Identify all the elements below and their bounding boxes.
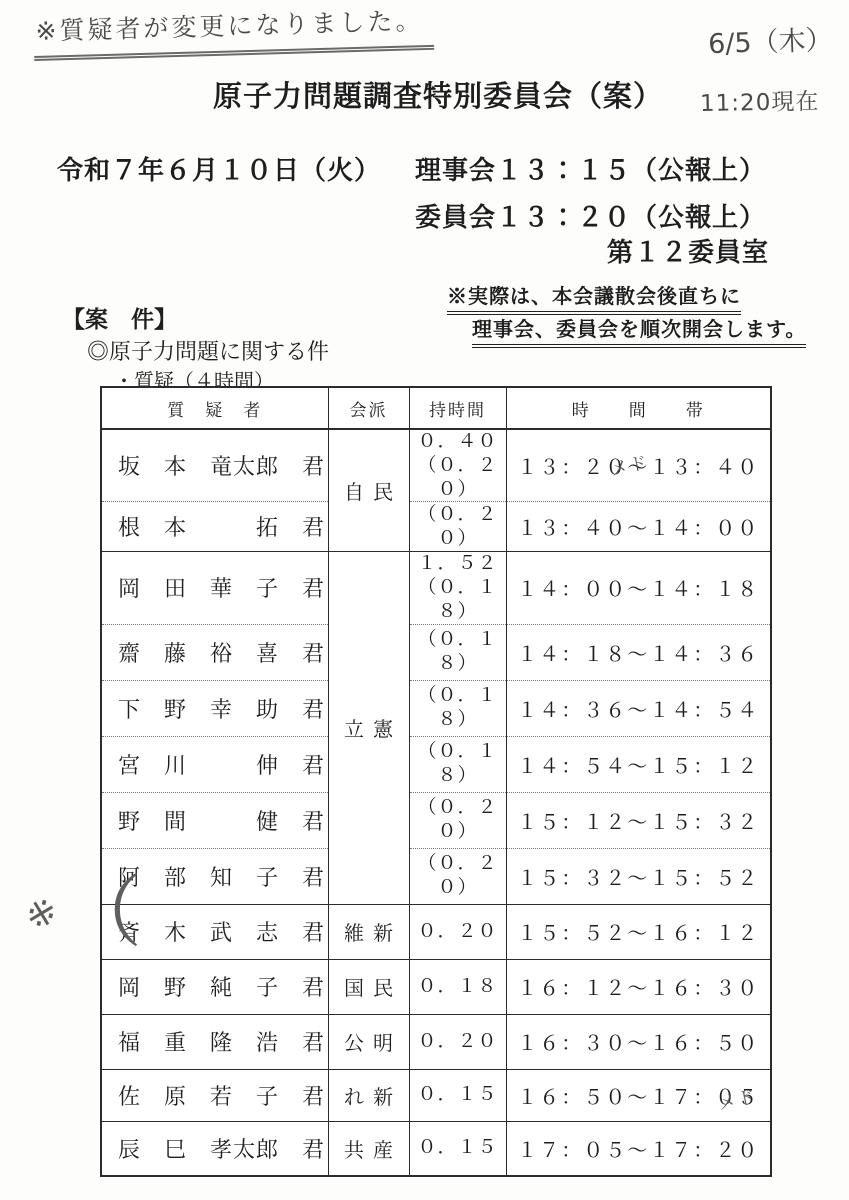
allotted-time: ０．１８ xyxy=(409,959,506,1014)
table-row: 齋 藤 裕 喜 君 （０．１８） １４：１８～１４：３６ xyxy=(101,624,771,680)
party-name: 共産 xyxy=(328,1121,409,1176)
questioner-name: 辰 巳 孝太郎 君 xyxy=(101,1121,328,1176)
questioner-name: 下 野 幸 助 君 xyxy=(101,680,328,736)
handwritten-date: 6/5（木） xyxy=(707,18,833,61)
header-questioner: 質 疑 者 xyxy=(101,387,328,429)
time-line2: （０．１８） xyxy=(410,576,506,624)
table-row: 佐 原 若 子 君 れ新 ０．１５ １６：５０～１７：０５ xyxy=(101,1069,771,1121)
allotted-time: （０．１８） xyxy=(409,680,506,736)
allotted-time: １．５２（０．１８） xyxy=(409,552,506,624)
table-row: 辰 巳 孝太郎 君 共産 ０．１５ １７：０５～１７：２０ xyxy=(101,1121,771,1176)
table-row: 斉 木 武 志 君 維新 ０．２０ １５：５２～１６：１２ xyxy=(101,904,771,959)
handwritten-time: 11:20現在 xyxy=(700,83,820,118)
table-header-row: 質 疑 者 会派 持時間 時 間 帯 xyxy=(101,387,771,429)
questioner-name: 坂 本 竜太郎 君 xyxy=(101,429,328,502)
time-slot: １５：５２～１６：１２ xyxy=(506,904,771,959)
board-meeting-time: 理事会１３：１５（公報上） xyxy=(415,150,766,187)
handwritten-change-note: ※質疑者が変更になりました。 xyxy=(33,1,434,61)
handwritten-margin-asterisk: ※ xyxy=(21,891,60,938)
allotted-time: ０．２０ xyxy=(409,1014,506,1069)
table-row: 根 本 拓 君 （０．２０） １３：４０～１４：００ xyxy=(101,502,771,552)
questioner-name: 根 本 拓 君 xyxy=(101,502,328,552)
notice-line-1: ※実際は、本会議散会後直ちに xyxy=(447,280,741,315)
table-row: 野 間 健 君 （０．２０） １５：１２～１５：３２ xyxy=(101,792,771,848)
table-row: 坂 本 竜太郎 君 自民 ０．４０（０．２０） １３：２０～１３：４０ xyxy=(101,429,771,502)
time-slot: １６：１２～１６：３０ xyxy=(506,959,771,1014)
time-slot: １４：００～１４：１８ xyxy=(506,552,771,624)
header-party: 会派 xyxy=(328,387,409,429)
allotted-time: （０．２０） xyxy=(409,792,506,848)
allotted-time: ０．１５ xyxy=(409,1121,506,1176)
questioner-name: 宮 川 伸 君 xyxy=(101,736,328,792)
questioner-name: 佐 原 若 子 君 xyxy=(101,1069,328,1121)
table-row: 岡 野 純 子 君 国民 ０．１８ １６：１２～１６：３０ xyxy=(101,959,771,1014)
table-row: 宮 川 伸 君 （０．１８） １４：５４～１５：１２ xyxy=(101,736,771,792)
time-line1: １．５２ xyxy=(410,552,506,576)
party-name: 国民 xyxy=(328,959,409,1014)
page-title: 原子力問題調査特別委員会（案） xyxy=(213,74,663,115)
party-name: 立憲 xyxy=(328,552,409,904)
agenda-section-label: 【案 件】 xyxy=(62,301,177,334)
time-slot: １４：１８～１４：３６ xyxy=(506,624,771,680)
allotted-time: ０．１５ xyxy=(409,1069,506,1121)
time-slot: １７：０５～１７：２０ xyxy=(506,1121,771,1176)
questioner-name: 野 間 健 君 xyxy=(101,792,328,848)
party-name: れ新 xyxy=(328,1069,409,1121)
time-line2: （０．２０） xyxy=(410,454,506,502)
committee-room: 第１２委員室 xyxy=(607,232,769,269)
allotted-time: （０．２０） xyxy=(409,848,506,904)
allotted-time: （０．１８） xyxy=(409,736,506,792)
table-row: 福 重 隆 浩 君 公明 ０．２０ １６：３０～１６：５０ xyxy=(101,1014,771,1069)
questioner-name: 岡 野 純 子 君 xyxy=(101,959,328,1014)
party-name: 維新 xyxy=(328,904,409,959)
allotted-time: ０．２０ xyxy=(409,904,506,959)
table-row: 岡 田 華 子 君 立憲 １．５２（０．１８） １４：００～１４：１８ xyxy=(101,552,771,624)
time-slot: １３：４０～１４：００ xyxy=(506,502,771,552)
time-slot: １４：３６～１４：５４ xyxy=(506,680,771,736)
time-slot: １５：１２～１５：３２ xyxy=(506,792,771,848)
notice-line-2: 理事会、委員会を順次開会します。 xyxy=(472,313,806,348)
table-row: 阿 部 知 子 君 （０．２０） １５：３２～１５：５２ xyxy=(101,848,771,904)
party-name: 自民 xyxy=(328,429,409,552)
header-time: 持時間 xyxy=(409,387,506,429)
time-line1: ０．４０ xyxy=(410,430,506,454)
agenda-item: ◎原子力問題に関する件 xyxy=(87,335,329,366)
table-row: 下 野 幸 助 君 （０．１８） １４：３６～１４：５４ xyxy=(101,680,771,736)
schedule-table-container: 質 疑 者 会派 持時間 時 間 帯 坂 本 竜太郎 君 自民 ０．４０（０．２… xyxy=(100,386,772,1177)
meeting-date: 令和７年６月１０日（火） xyxy=(57,150,381,187)
questioner-name: 齋 藤 裕 喜 君 xyxy=(101,624,328,680)
questioner-name: 福 重 隆 浩 君 xyxy=(101,1014,328,1069)
time-slot: １６：３０～１６：５０ xyxy=(506,1014,771,1069)
time-slot: １４：５４～１５：１２ xyxy=(506,736,771,792)
questioner-name: 岡 田 華 子 君 xyxy=(101,552,328,624)
committee-meeting-time: 委員会１３：２０（公報上） xyxy=(415,197,766,234)
party-name: 公明 xyxy=(328,1014,409,1069)
handwritten-margin-paren: （ xyxy=(64,874,142,952)
scanned-document-page: ※質疑者が変更になりました。 6/5（木） 11:20現在 原子力問題調査特別委… xyxy=(0,0,849,1200)
allotted-time: （０．２０） xyxy=(409,502,506,552)
allotted-time: （０．１８） xyxy=(409,624,506,680)
allotted-time: ０．４０（０．２０） xyxy=(409,429,506,502)
time-slot: １５：３２～１５：５２ xyxy=(506,848,771,904)
header-slot: 時 間 帯 xyxy=(506,387,771,429)
schedule-table: 質 疑 者 会派 持時間 時 間 帯 坂 本 竜太郎 君 自民 ０．４０（０．２… xyxy=(100,386,772,1177)
